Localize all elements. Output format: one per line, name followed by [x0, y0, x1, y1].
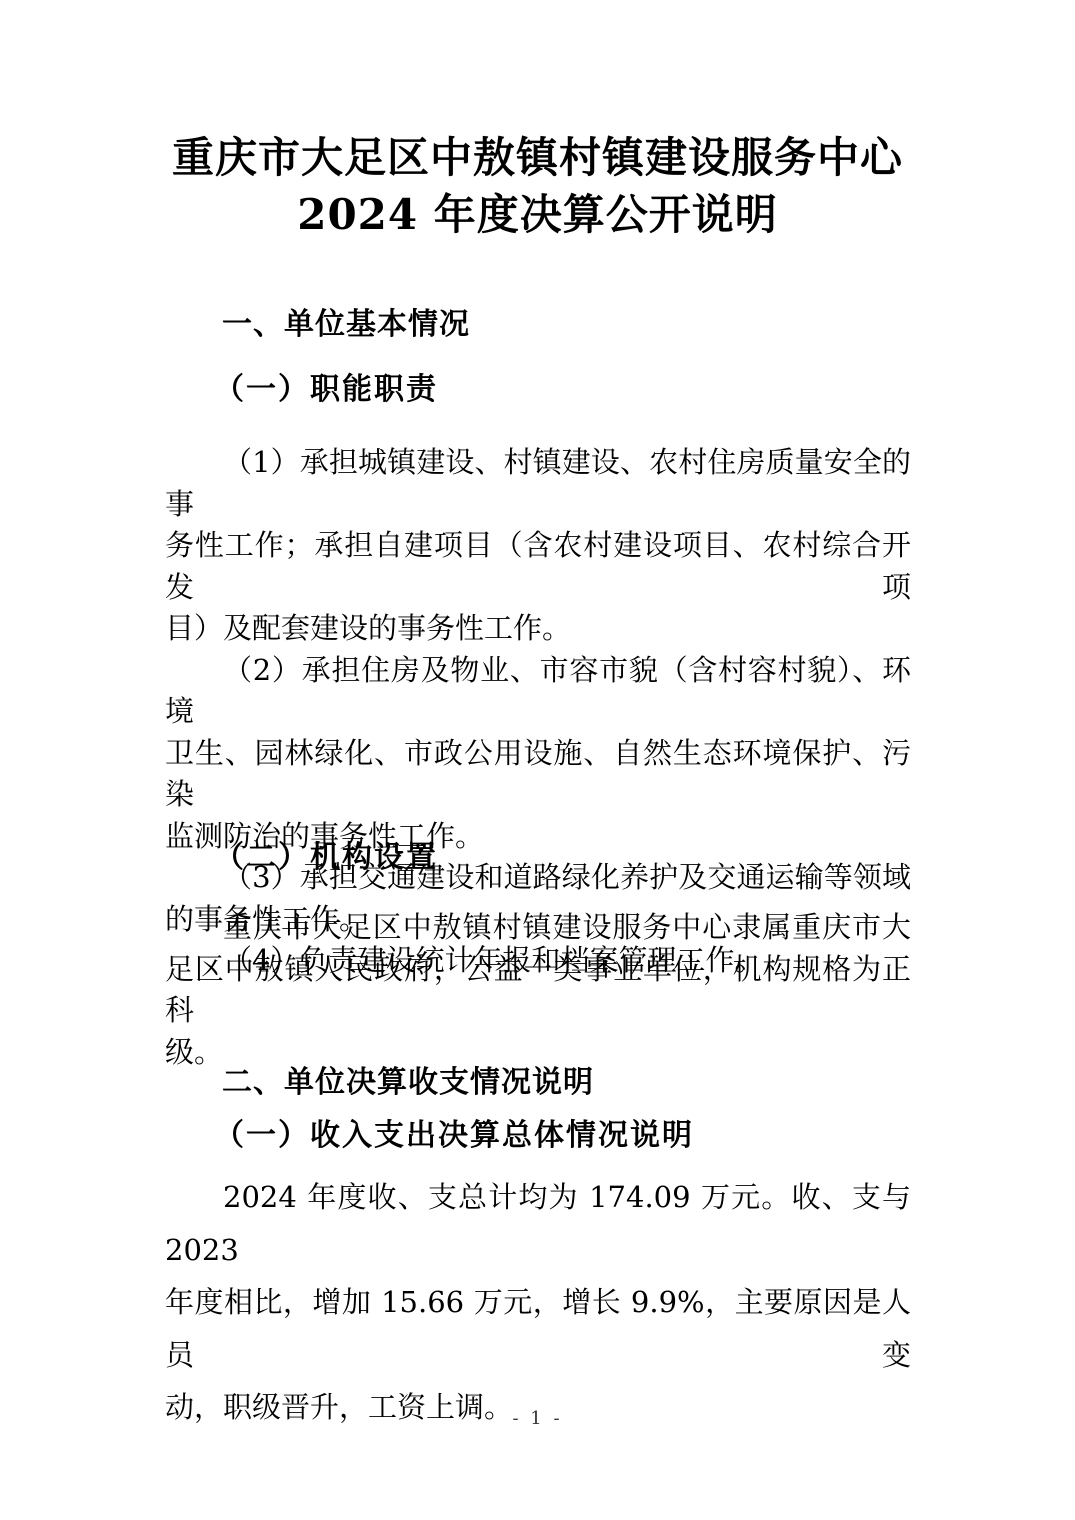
paragraph-line: 年度相比，增加 15.66 万元，增长 9.9%，主要原因是人员变 — [165, 1276, 911, 1381]
document-title-line-1: 重庆市大足区中敖镇村镇建设服务中心 — [0, 129, 1075, 186]
section-2-sub-1-body: 2024 年度收、支总计均为 174.09 万元。收、支与 2023 年度相比，… — [165, 1171, 911, 1434]
page-number: - 1 - — [0, 1408, 1075, 1429]
section-1-heading: 一、单位基本情况 — [222, 307, 470, 343]
section-1-sub-1-body: （1）承担城镇建设、村镇建设、农村住房质量安全的事 务性工作；承担自建项目（含农… — [165, 442, 911, 982]
section-1-sub-1-heading: （一）职能职责 — [214, 372, 438, 408]
document-title: 重庆市大足区中敖镇村镇建设服务中心 2024 年度决算公开说明 — [0, 129, 1075, 243]
paragraph-line: （1）承担城镇建设、村镇建设、农村住房质量安全的事 — [165, 442, 911, 525]
section-1-sub-2-body: 重庆市大足区中敖镇村镇建设服务中心隶属重庆市大 足区中敖镇人民政府，公益一类事业… — [165, 907, 911, 1073]
paragraph-line: 重庆市大足区中敖镇村镇建设服务中心隶属重庆市大 — [165, 907, 911, 949]
document-page: 重庆市大足区中敖镇村镇建设服务中心 2024 年度决算公开说明 一、单位基本情况… — [0, 0, 1075, 1520]
section-1-sub-2-heading: （二）机构设置 — [214, 840, 438, 876]
paragraph-line: （2）承担住房及物业、市容市貌（含村容村貌）、环境 — [165, 650, 911, 733]
paragraph-line: 目）及配套建设的事务性工作。 — [165, 608, 911, 650]
section-2-heading: 二、单位决算收支情况说明 — [222, 1065, 594, 1101]
paragraph-line: 足区中敖镇人民政府，公益一类事业单位，机构规格为正科 — [165, 949, 911, 1032]
document-title-line-2: 2024 年度决算公开说明 — [0, 186, 1075, 243]
section-2-sub-1-heading: （一）收入支出决算总体情况说明 — [214, 1118, 694, 1154]
paragraph-line: 卫生、园林绿化、市政公用设施、自然生态环境保护、污染 — [165, 733, 911, 816]
paragraph-line: 2024 年度收、支总计均为 174.09 万元。收、支与 2023 — [165, 1171, 911, 1276]
paragraph-line: 务性工作；承担自建项目（含农村建设项目、农村综合开发项 — [165, 525, 911, 608]
